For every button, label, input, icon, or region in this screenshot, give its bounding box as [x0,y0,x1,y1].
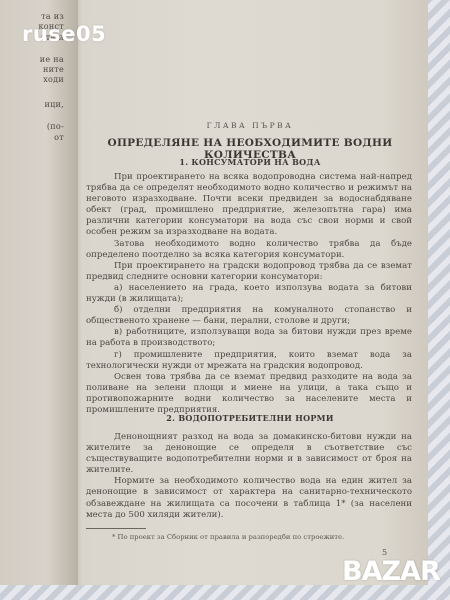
left-page-fragment: ните [43,65,64,74]
open-book: та из конст ата и ие на ните ходи ици, (… [0,0,428,585]
left-page-fragment: ходи [43,75,64,84]
section-title-norms: 2. ВОДОПОТРЕБИТЕЛНИ НОРМИ [80,413,420,423]
paragraph: При проектирането на градски водопровод … [86,261,412,283]
section-consumers-body: При проектирането на всяка водопроводна … [86,172,412,416]
right-page: ГЛАВА ПЪРВА ОПРЕДЕЛЯНЕ НА НЕОБХОДИМИТЕ В… [80,0,420,585]
paragraph: Освен това трябва да се вземат предвид р… [86,372,412,416]
left-page-fragment: ие на [40,55,64,64]
watermark-bazar-logo: BAZAR [342,556,440,587]
list-item: б) отделни предприятия на комуналното ст… [86,305,412,327]
footnote: * По проект за Сборник от правила и разп… [112,533,344,541]
left-page-fragment: ици, [44,100,64,109]
list-item: г) промишлените предприятия, които взема… [86,350,412,372]
footnote-divider [86,528,146,529]
left-page-fragment: от [54,133,64,142]
paragraph: Нормите за необходимото количество вода … [86,476,412,520]
paragraph: Денонощният разход на вода за домакинско… [86,432,412,476]
left-page-edge: та из конст ата и ие на ните ходи ици, (… [0,0,78,585]
section-norms-body: Денонощният разход на вода за домакинско… [86,432,412,521]
list-item: в) работниците, използуващи вода за бито… [86,327,412,349]
paragraph: При проектирането на всяка водопроводна … [86,172,412,239]
left-page-fragment: та из [41,12,64,21]
section-title-consumers: 1. КОНСУМАТОРИ НА ВОДА [80,157,420,167]
chapter-label: ГЛАВА ПЪРВА [80,121,420,130]
watermark-ruse05: ruse05 [22,22,106,46]
list-item: а) населението на града, което използува… [86,283,412,305]
paragraph: Затова необходимото водно количество тря… [86,239,412,261]
left-page-fragment: (по- [47,122,64,131]
